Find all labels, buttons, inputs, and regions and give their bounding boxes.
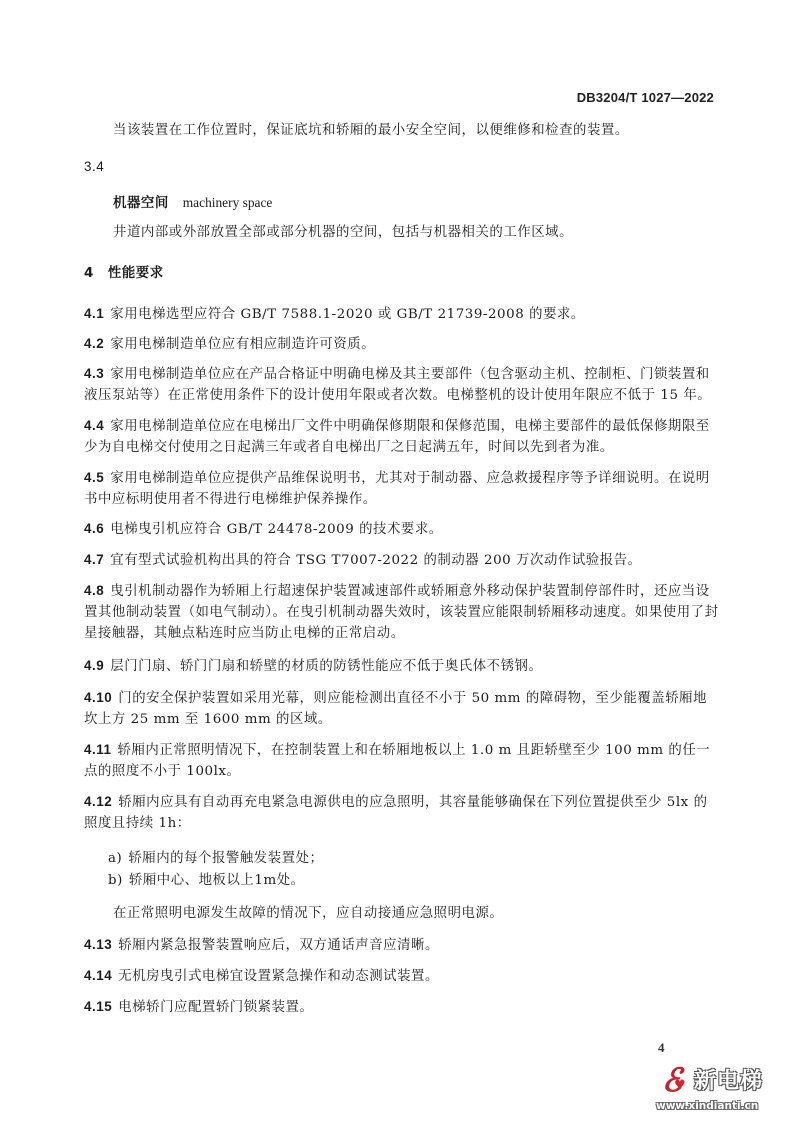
section-heading: 4性能要求 bbox=[84, 263, 720, 284]
clause-4-6: 4.6电梯曳引机应符合 GB/T 24478-2009 的技术要求。 bbox=[84, 518, 720, 540]
clause-4-4: 4.4家用电梯制造单位应在电梯出厂文件中明确保修期限和保修范围，电梯主要部件的最… bbox=[84, 415, 720, 458]
heart-icon: ♥ bbox=[674, 1078, 686, 1093]
clause-4-12-note: 在正常照明电源发生故障的情况下，应自动接通应急照明电源。 bbox=[113, 903, 720, 924]
clause-4-14: 4.14无机房曳引式电梯宜设置紧急操作和动态测试装置。 bbox=[84, 965, 720, 987]
clause-4-3: 4.3家用电梯制造单位应在产品合格证中明确电梯及其主要部件（包含驱动主机、控制柜… bbox=[84, 363, 720, 406]
watermark-url: www.xindianti.cn bbox=[656, 1100, 758, 1112]
clause-4-5: 4.5家用电梯制造单位应提供产品维保说明书，尤其对于制动器、应急救援程序等予详细… bbox=[84, 467, 720, 510]
clause-4-12: 4.12轿厢内应具有自动再充电紧急电源供电的应急照明，其容量能够确保在下列位置提… bbox=[84, 791, 720, 834]
clause-4-2: 4.2家用电梯制造单位应有相应制造许可资质。 bbox=[84, 333, 720, 355]
clause-4-1: 4.1家用电梯选型应符合 GB/T 7588.1-2020 或 GB/T 217… bbox=[84, 303, 720, 325]
watermark-name: 新电梯 bbox=[694, 1064, 763, 1095]
term-zh: 机器空间 bbox=[113, 196, 169, 211]
term-number: 3.4 bbox=[84, 156, 720, 178]
list-item-b: b)轿厢中心、地板以上1m处。 bbox=[108, 870, 744, 891]
clause-4-13: 4.13轿厢内紧急报警装置响应后，双方通话声音应清晰。 bbox=[84, 934, 720, 956]
term-en: machinery space bbox=[183, 195, 273, 210]
page-number: 4 bbox=[658, 1040, 665, 1056]
term-heading: 机器空间machinery space bbox=[113, 192, 720, 214]
clause-4-7: 4.7宜有型式试验机构出具的符合 TSG T7007-2022 的制动器 200… bbox=[84, 549, 720, 571]
clause-4-15: 4.15电梯轿门应配置轿门锁紧装置。 bbox=[84, 996, 720, 1018]
clause-4-10: 4.10门的安全保护装置如采用光幕，则应能检测出直径不小于 50 mm 的障碍物… bbox=[84, 687, 720, 730]
document-code: DB3204/T 1027—2022 bbox=[577, 90, 714, 105]
continuation-paragraph: 当该装置在工作位置时，保证底坑和轿厢的最小安全空间，以便维修和检查的装置。 bbox=[113, 120, 720, 141]
list-item-a: a)轿厢内的每个报警触发装置处； bbox=[108, 848, 744, 869]
clause-4-9: 4.9层门门扇、轿门门扇和轿壁的材质的防锈性能应不低于奥氏体不锈钢。 bbox=[84, 655, 720, 677]
clause-4-11: 4.11轿厢内正常照明情况下，在控制装置上和在轿厢地板以上 1.0 m 且距轿壁… bbox=[84, 739, 720, 782]
clause-4-8: 4.8曳引机制动器作为轿厢上行超速保护装置减速部件或轿厢意外移动保护装置制停部件… bbox=[84, 580, 720, 644]
term-definition: 井道内部或外部放置全部或部分机器的空间，包括与机器相关的工作区域。 bbox=[113, 222, 720, 243]
watermark-logo: ℰ ♥ 新电梯 www.xindianti.cn bbox=[660, 1062, 800, 1122]
